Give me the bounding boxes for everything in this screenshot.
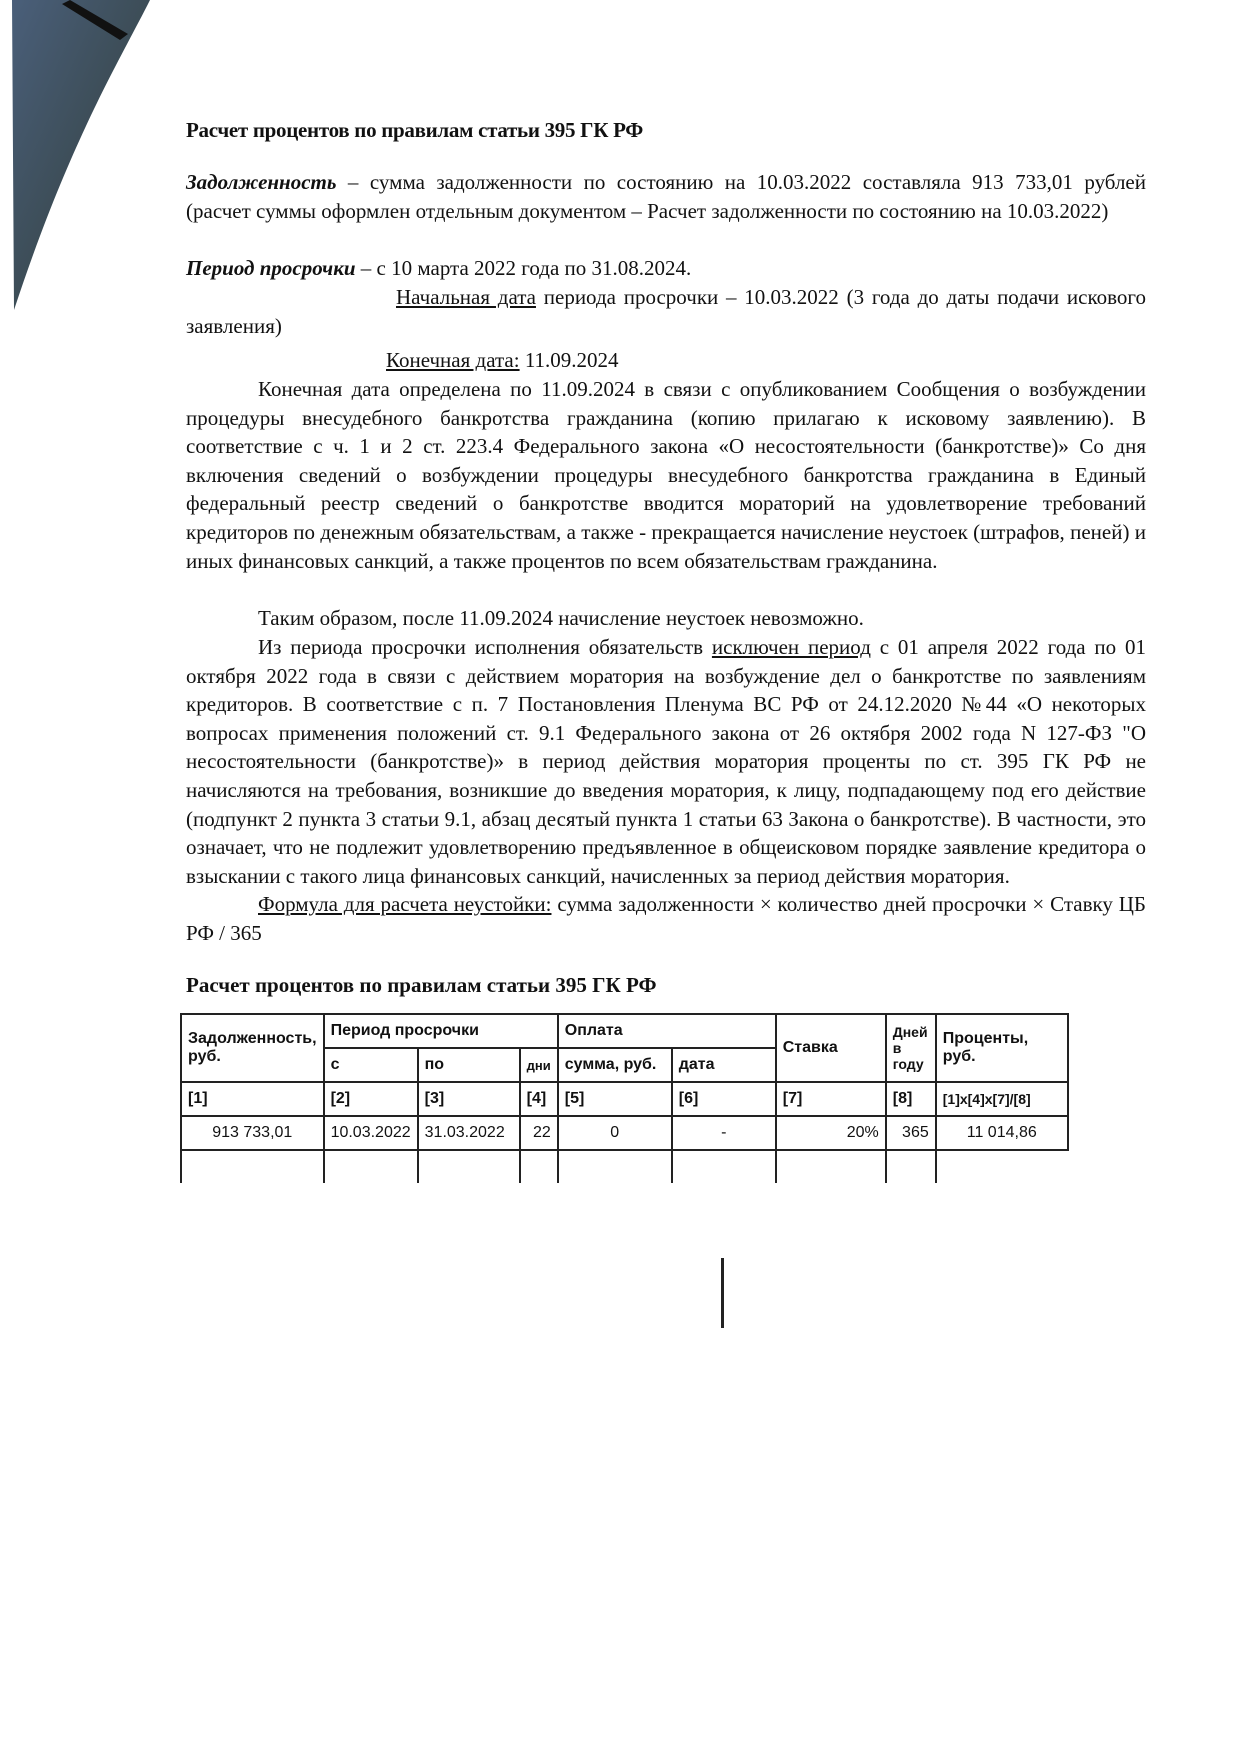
col-num: [1]: [181, 1082, 324, 1116]
col-num: [6]: [672, 1082, 776, 1116]
cell-interest: 11 014,86: [936, 1116, 1068, 1150]
cell-days: 22: [520, 1116, 558, 1150]
col-num: [1]x[4]x[7]/[8]: [936, 1082, 1068, 1116]
col-num: [4]: [520, 1082, 558, 1116]
col-num: [5]: [558, 1082, 672, 1116]
table-line-artifact: [721, 1258, 724, 1328]
formula-label: Формула для расчета неустойки:: [258, 892, 551, 916]
table-row: 913 733,01 10.03.2022 31.03.2022 22 0 - …: [181, 1116, 1068, 1150]
header-days-year: Дней в году: [886, 1014, 936, 1082]
cell-to: 31.03.2022: [418, 1116, 520, 1150]
header-from: с: [324, 1048, 418, 1082]
moratorium-underlined: исключен период: [712, 635, 871, 659]
debt-label: Задолженность: [186, 170, 336, 194]
header-rate: Ставка: [776, 1014, 886, 1082]
period-text: – с 10 марта 2022 года по 31.08.2024.: [356, 256, 692, 280]
col-num: [7]: [776, 1082, 886, 1116]
cell-pay-date: -: [672, 1116, 776, 1150]
scan-edge-shadow: [0, 0, 160, 320]
end-date-text: 11.09.2024: [520, 348, 619, 372]
end-date-label: Конечная дата:: [386, 348, 520, 372]
debt-paragraph: Задолженность – сумма задолженности по с…: [186, 168, 1146, 225]
header-period: Период просрочки: [324, 1014, 558, 1048]
cell-days-year: 365: [886, 1116, 936, 1150]
header-interest: Проценты, руб.: [936, 1014, 1068, 1082]
start-date-paragraph: Начальная дата периода просрочки – 10.03…: [186, 283, 1146, 340]
table-row-empty: [181, 1150, 1068, 1183]
cell-debt: 913 733,01: [181, 1116, 324, 1150]
period-paragraph: Период просрочки – с 10 марта 2022 года …: [186, 254, 1146, 283]
document-title: Расчет процентов по правилам статьи 395 …: [186, 118, 643, 143]
header-days: дни: [520, 1048, 558, 1082]
conclusion-paragraph: Таким образом, после 11.09.2024 начислен…: [186, 604, 1146, 633]
interest-table: Задолженность, руб. Период просрочки Опл…: [180, 1013, 1069, 1183]
header-to: по: [418, 1048, 520, 1082]
cell-from: 10.03.2022: [324, 1116, 418, 1150]
header-pay-sum: сумма, руб.: [558, 1048, 672, 1082]
col-num: [8]: [886, 1082, 936, 1116]
period-label: Период просрочки: [186, 256, 356, 280]
start-date-label: Начальная дата: [396, 285, 536, 309]
formula-paragraph: Формула для расчета неустойки: сумма зад…: [186, 890, 1146, 947]
moratorium-before: Из периода просрочки исполнения обязател…: [258, 635, 712, 659]
start-date-text: периода просрочки – 10.03.2022 (3 года д…: [186, 285, 1146, 338]
moratorium-paragraph: Из периода просрочки исполнения обязател…: [186, 633, 1146, 890]
column-numbers-row: [1] [2] [3] [4] [5] [6] [7] [8] [1]x[4]x…: [181, 1082, 1068, 1116]
header-pay-date: дата: [672, 1048, 776, 1082]
col-num: [2]: [324, 1082, 418, 1116]
cell-pay-sum: 0: [558, 1116, 672, 1150]
header-debt: Задолженность, руб.: [181, 1014, 324, 1082]
moratorium-after: с 01 апреля 2022 года по 01 октября 2022…: [186, 635, 1146, 888]
cell-rate: 20%: [776, 1116, 886, 1150]
table-title: Расчет процентов по правилам статьи 395 …: [186, 973, 656, 998]
end-date-explanation: Конечная дата определена по 11.09.2024 в…: [186, 375, 1146, 575]
header-payment: Оплата: [558, 1014, 776, 1048]
end-date-paragraph: Конечная дата: 11.09.2024: [186, 346, 1146, 375]
col-num: [3]: [418, 1082, 520, 1116]
